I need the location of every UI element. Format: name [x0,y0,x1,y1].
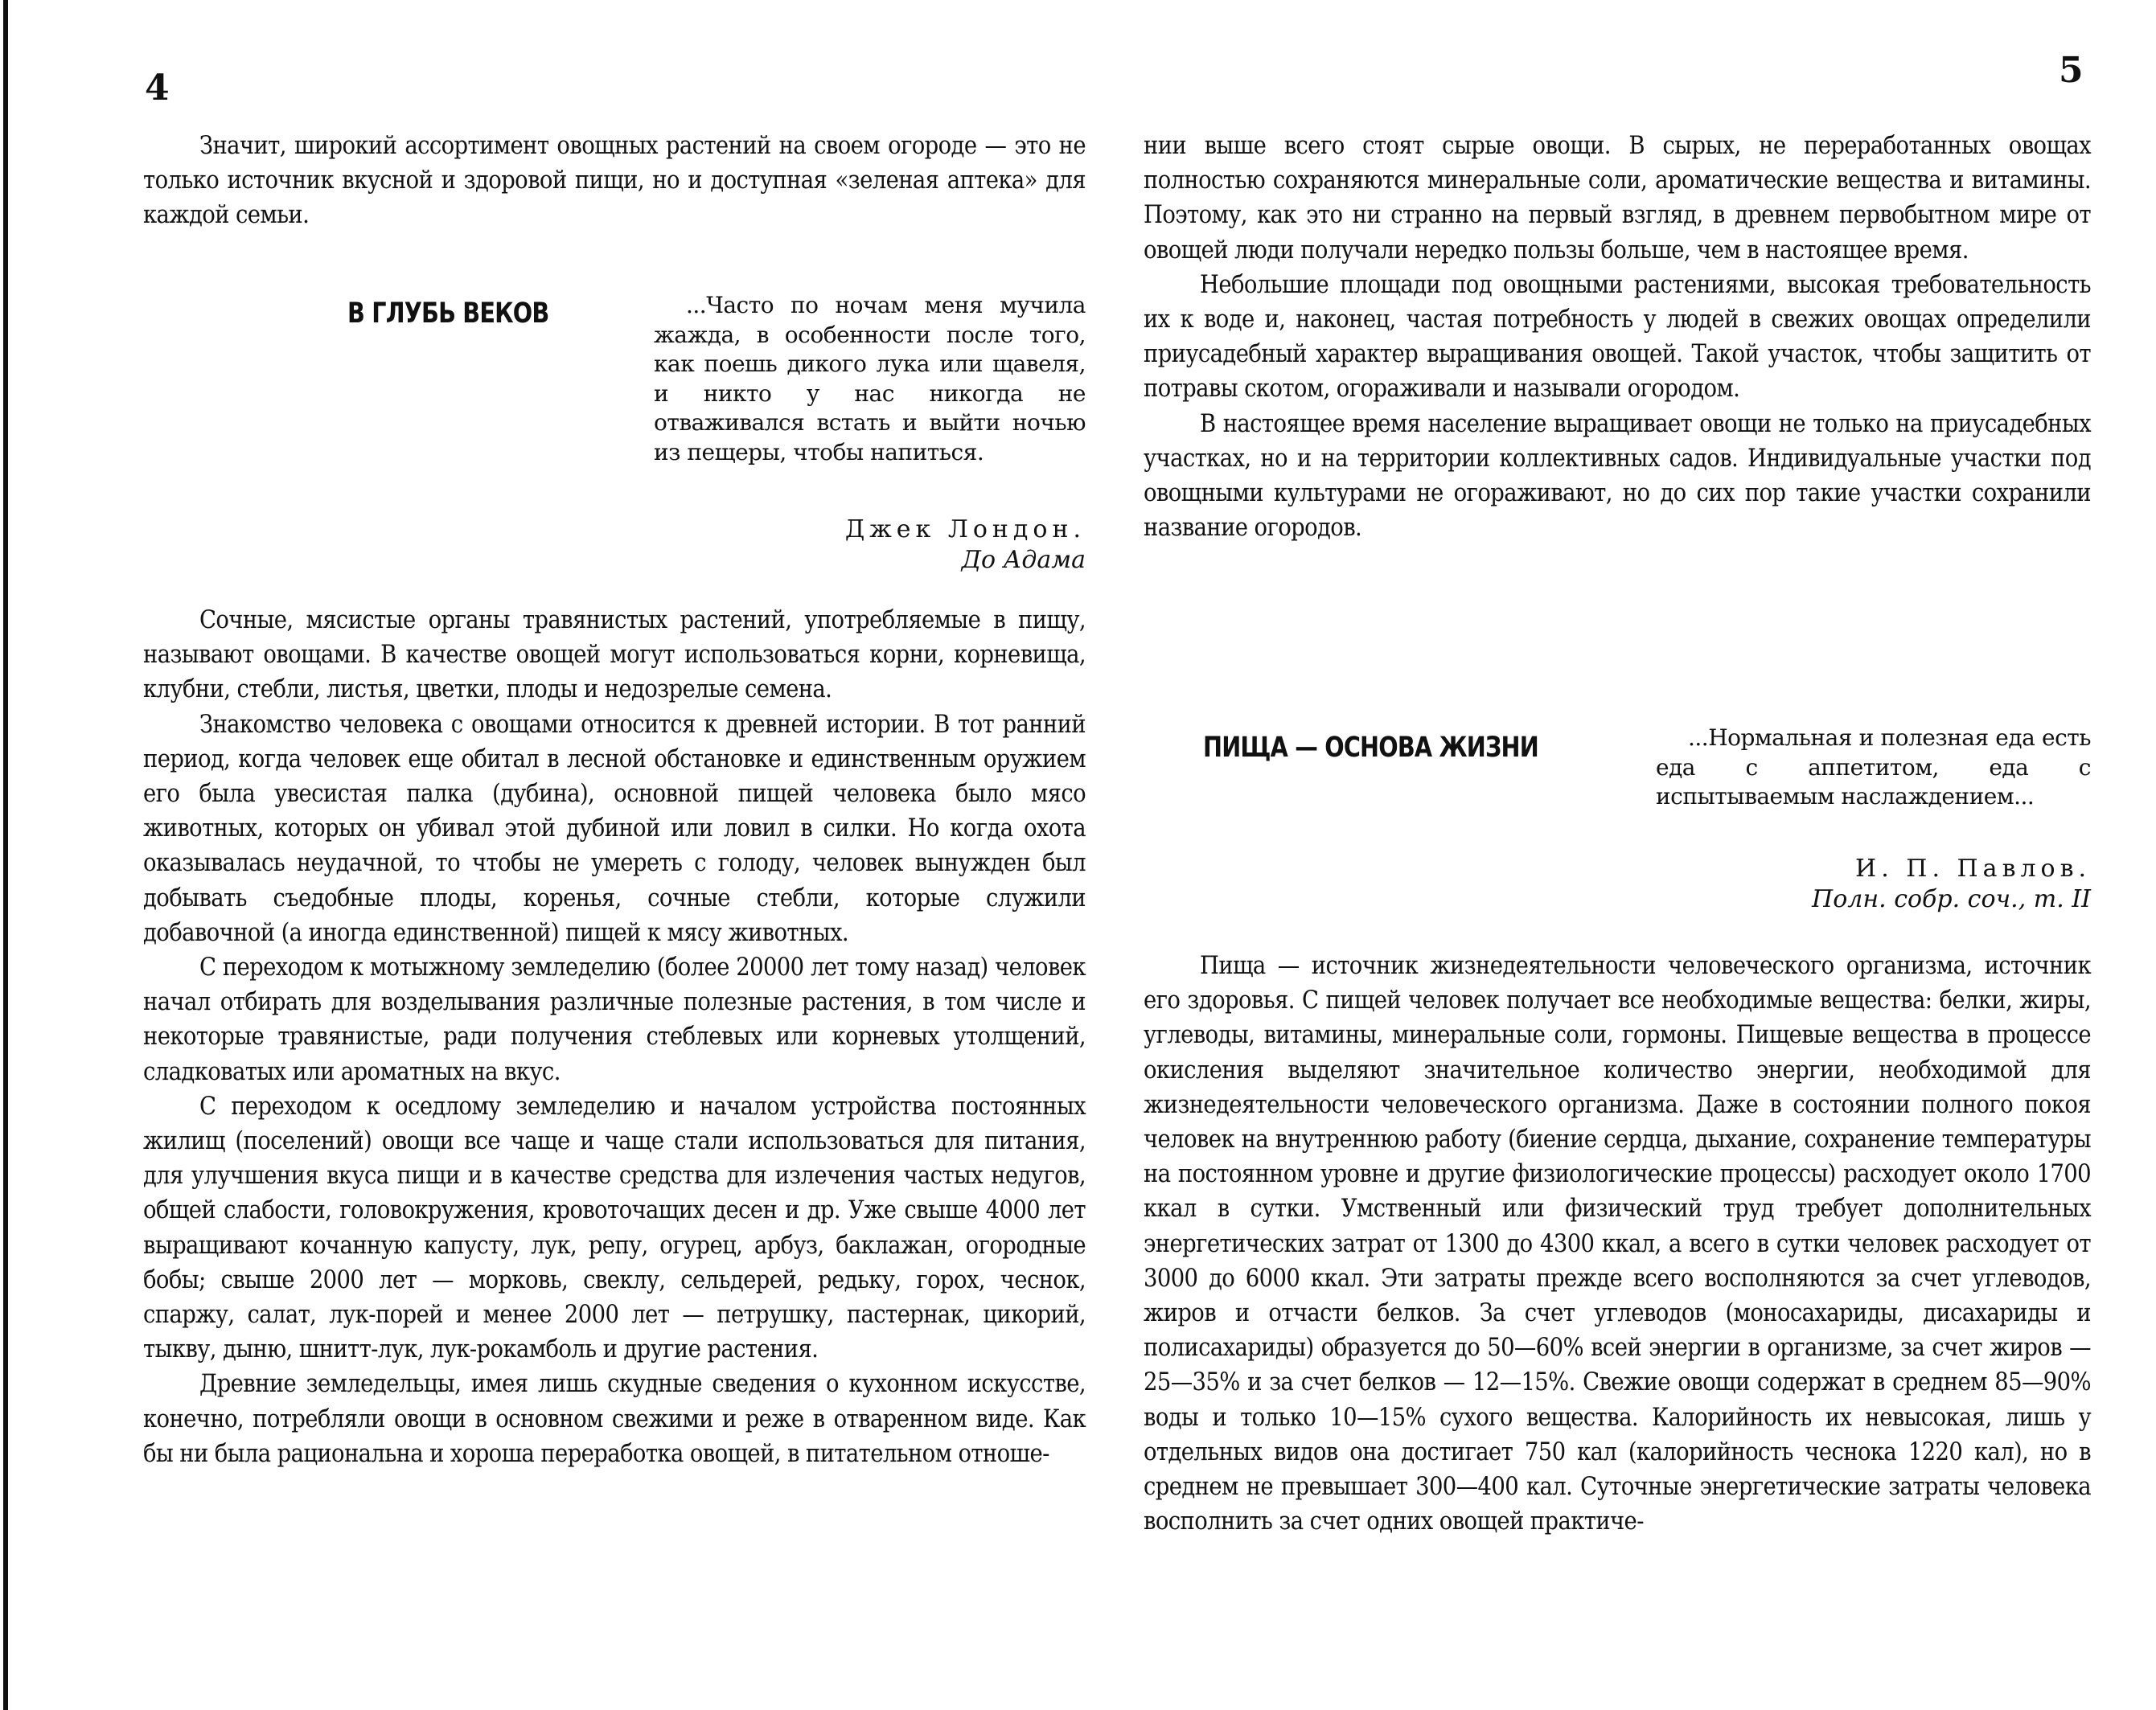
page-number-right: 5 [2059,50,2084,91]
body-paragraph: Пища — источник жизнедеятельности челове… [1144,949,2091,1539]
epigraph-author: Джек Лондон. [654,515,1086,545]
body-paragraph: С переходом к мотыжному земледелию (боле… [143,950,1086,1089]
body-paragraph: В настоящее время население выращивает о… [1144,407,2091,546]
right-top-body: нии выше всего стоят сырые овощи. В сыры… [1144,129,2091,545]
body-paragraph: Знакомство человека с овощами относится … [143,707,1086,950]
epigraph-attribution-london: Джек Лондон. До Адама [654,515,1086,576]
epigraph-author: И. П. Павлов. [1656,854,2091,884]
intro-paragraph: Значит, широкий ассортимент овощных раст… [143,129,1086,233]
body-paragraph: С переходом к оседлому земледелию и нача… [143,1089,1086,1368]
epigraph-text: ...Часто по ночам меня мучила жажда, в о… [654,291,1086,467]
epigraph-pavlov: ...Нормальная и полезная еда есть еда с … [1656,724,2091,812]
book-spine-edge [3,0,8,1710]
continued-paragraph: нии выше всего стоят сырые овощи. В сыры… [1144,129,2091,268]
epigraph-work: До Адама [654,545,1086,576]
epigraph-text: ...Нормальная и полезная еда есть еда с … [1656,724,2091,812]
body-paragraph: Небольшие площади под овощными растениям… [1144,268,2091,407]
page-number-left: 4 [145,68,170,109]
body-paragraph: Сочные, мясистые органы травянистых раст… [143,603,1086,707]
epigraph-attribution-pavlov: И. П. Павлов. Полн. собр. соч., т. II [1656,854,2091,915]
section-heading-pishcha: ПИЩА — ОСНОВА ЖИЗНИ [1203,732,1538,764]
right-body: Пища — источник жизнедеятельности челове… [1144,949,2091,1539]
epigraph-work: Полн. собр. соч., т. II [1656,884,2091,915]
left-body: Сочные, мясистые органы травянистых раст… [143,603,1086,1471]
section-heading-v-glub-vekov: В ГЛУБЬ ВЕКОВ [347,297,548,330]
body-paragraph: Древние земледельцы, имея лишь скудные с… [143,1367,1086,1471]
left-intro: Значит, широкий ассортимент овощных раст… [143,129,1086,233]
epigraph-london: ...Часто по ночам меня мучила жажда, в о… [654,291,1086,467]
